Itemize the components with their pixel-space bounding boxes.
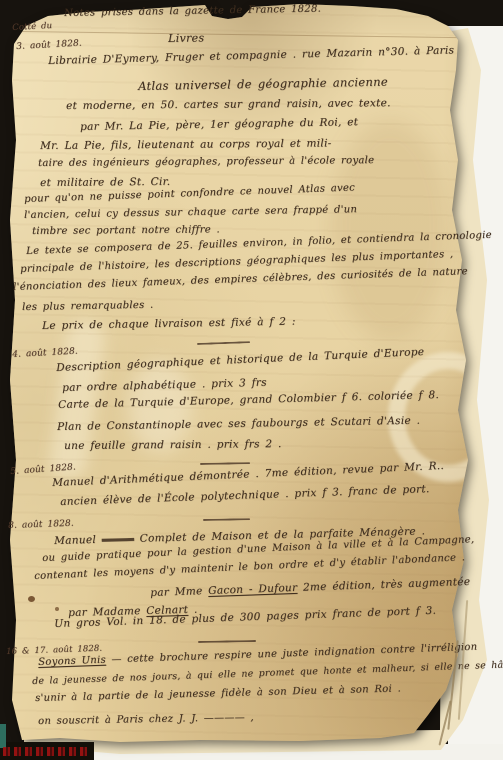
- margin-date: 5. août 1828.: [10, 462, 76, 477]
- manuscript-line: Atlas universel de géographie ancienne: [138, 75, 388, 93]
- section-divider: [197, 341, 250, 345]
- handwriting-layer: Notes prises dans la gazette de France 1…: [0, 0, 503, 760]
- manuscript-line: par ordre alphabétique . prix 3 frs: [62, 377, 267, 394]
- scanned-manuscript: Notes prises dans la gazette de France 1…: [0, 0, 503, 760]
- manuscript-line: on souscrit à Paris chez J. J. ———— ,: [38, 712, 254, 727]
- margin-date: 3. août 1828.: [16, 39, 82, 52]
- manuscript-line: par Mr. La Pie, père, 1er géographe du R…: [80, 116, 358, 133]
- manuscript-line: Mr. La Pie, fils, lieutenant au corps ro…: [40, 137, 332, 152]
- manuscript-line: s'unir à la partie de la jeunesse fidèle…: [35, 683, 401, 704]
- manuscript-line: Plan de Constantinople avec ses faubourg…: [57, 415, 420, 433]
- manuscript-line: et militaire de St. Cir.: [40, 176, 170, 189]
- manuscript-line: les plus remarquables .: [22, 300, 154, 313]
- text-segment: 2me édition, très augmentée: [297, 576, 470, 594]
- manuscript-line: Le prix de chaque livraison est fixé à f…: [42, 316, 296, 332]
- manuscript-line: Librairie D'Eymery, Fruger et compagnie …: [48, 44, 454, 67]
- margin-date: Cotté du: [12, 21, 52, 33]
- struck-out-text: ———: [102, 533, 135, 546]
- red-watermark-strip: [3, 747, 87, 756]
- underlined-text: Soyons Unis: [38, 655, 106, 668]
- manuscript-line: taire des ingénieurs géographes, profess…: [38, 155, 374, 169]
- section-divider: [198, 640, 256, 643]
- manuscript-line: Notes prises dans la gazette de France 1…: [64, 4, 321, 19]
- green-edge-sliver: [0, 724, 6, 748]
- manuscript-line: une feuille grand raisin . prix frs 2 .: [64, 438, 282, 452]
- manuscript-line: ancien élève de l'École polytechnique . …: [60, 483, 430, 508]
- manuscript-line: l'ancien, celui cy dessus sur chaque car…: [24, 204, 357, 221]
- text-segment: Manuel: [54, 534, 102, 547]
- manuscript-line: Livres: [168, 31, 204, 45]
- section-divider: [200, 462, 250, 465]
- margin-date: 4. août 1828.: [12, 347, 78, 360]
- manuscript-line: Description géographique et historique d…: [56, 346, 425, 374]
- manuscript-line: par Mme Gacon - Dufour 2me édition, très…: [150, 576, 471, 599]
- underlined-text: Gacon - Dufour: [208, 582, 298, 597]
- manuscript-line: timbre sec portant notre chiffre .: [32, 224, 220, 237]
- text-segment: par Mme: [150, 585, 208, 599]
- margin-date: 8. août 1828.: [8, 519, 74, 531]
- manuscript-line: et moderne, en 50. cartes sur grand rais…: [66, 97, 391, 112]
- section-divider: [203, 518, 250, 521]
